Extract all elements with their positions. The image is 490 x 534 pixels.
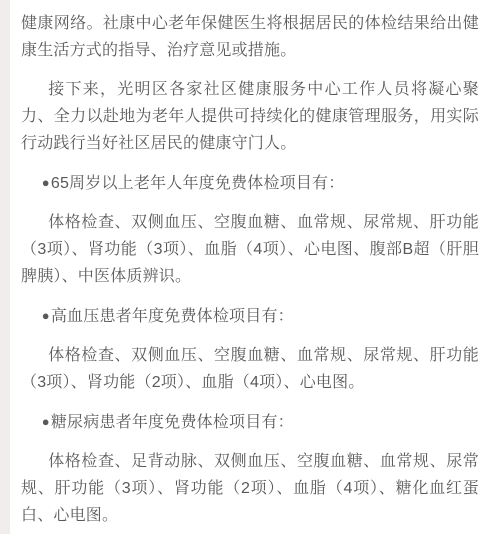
bullet-heading-hypertension: ●高血压患者年度免费体检项目有：: [21, 302, 479, 330]
paragraph-hypertension-items: 体格检查、双侧血压、空腹血糖、血常规、尿常规、肝功能（3项）、肾功能（2项）、血…: [21, 342, 479, 396]
paragraph-seniors-items: 体格检查、双侧血压、空腹血糖、血常规、尿常规、肝功能（3项）、肾功能（3项）、血…: [21, 209, 479, 290]
bullet-heading-text: 65周岁以上老年人年度免费体检项目有：: [51, 175, 345, 192]
paragraph-intro: 接下来，光明区各家社区健康服务中心工作人员将凝心聚力、全力以赴地为老年人提供可持…: [21, 76, 479, 157]
bullet-heading-diabetes: ●糖尿病患者年度免费体检项目有：: [21, 408, 479, 436]
bullet-icon: ●: [42, 175, 50, 190]
bullet-heading-text: 高血压患者年度免费体检项目有：: [51, 308, 294, 325]
bullet-heading-text: 糖尿病患者年度免费体检项目有：: [51, 414, 294, 431]
bullet-icon: ●: [42, 308, 50, 323]
paragraph-continuation: 健康网络。社康中心老年保健医生将根据居民的体检结果给出健康生活方式的指导、治疗意…: [21, 10, 479, 64]
article-body: 健康网络。社康中心老年保健医生将根据居民的体检结果给出健康生活方式的指导、治疗意…: [10, 0, 490, 534]
page-edge-strip: [0, 0, 10, 534]
paragraph-diabetes-items: 体格检查、足背动脉、双侧血压、空腹血糖、血常规、尿常规、肝功能（3项）、肾功能（…: [21, 448, 479, 529]
bullet-icon: ●: [42, 414, 50, 429]
bullet-heading-seniors: ●65周岁以上老年人年度免费体检项目有：: [21, 169, 479, 197]
